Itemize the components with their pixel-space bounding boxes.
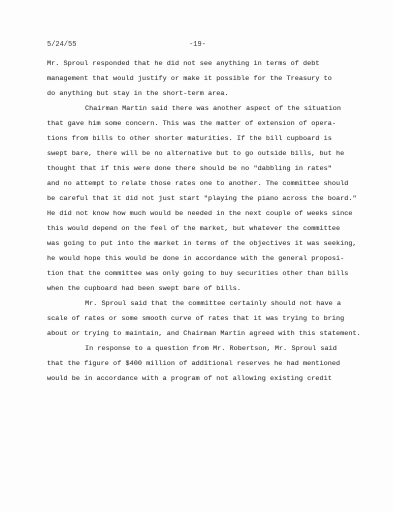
text-line: scale of rates or some smooth curve of r…	[47, 312, 348, 327]
text-line: thought that if this were done there sho…	[47, 162, 348, 177]
text-line: Mr. Sproul said that the committee certa…	[47, 297, 348, 312]
text-line: this would depend on the feel of the mar…	[47, 222, 348, 237]
text-line: tions from bills to other shorter maturi…	[47, 132, 348, 147]
text-line: he would hope this would be done in acco…	[47, 252, 348, 267]
text-line: about or trying to maintain, and Chairma…	[47, 327, 348, 342]
text-line: and no attempt to relate those rates one…	[47, 177, 348, 192]
document-page: 5/24/55 -19- Mr. Sproul responded that h…	[0, 0, 393, 512]
text-line: that gave him some concern. This was the…	[47, 117, 348, 132]
text-line: In response to a question from Mr. Rober…	[47, 342, 348, 357]
document-body: Mr. Sproul responded that he did not see…	[47, 57, 348, 387]
page-header: 5/24/55 -19-	[47, 38, 348, 54]
page-number: -19-	[47, 38, 348, 53]
text-line: Mr. Sproul responded that he did not see…	[47, 57, 348, 72]
text-line: do anything but stay in the short-term a…	[47, 87, 348, 102]
text-line: be careful that it did not just start "p…	[47, 192, 348, 207]
text-line: Chairman Martin said there was another a…	[47, 102, 348, 117]
text-line: He did not know how much would be needed…	[47, 207, 348, 222]
text-line: that the figure of $400 million of addit…	[47, 357, 348, 372]
text-line: would be in accordance with a program of…	[47, 372, 348, 387]
text-line: swept bare, there will be no alternative…	[47, 147, 348, 162]
text-line: management that would justify or make it…	[47, 72, 348, 87]
text-line: when the cupboard had been swept bare of…	[47, 282, 348, 297]
text-line: tion that the committee was only going t…	[47, 267, 348, 282]
text-line: was going to put into the market in term…	[47, 237, 348, 252]
